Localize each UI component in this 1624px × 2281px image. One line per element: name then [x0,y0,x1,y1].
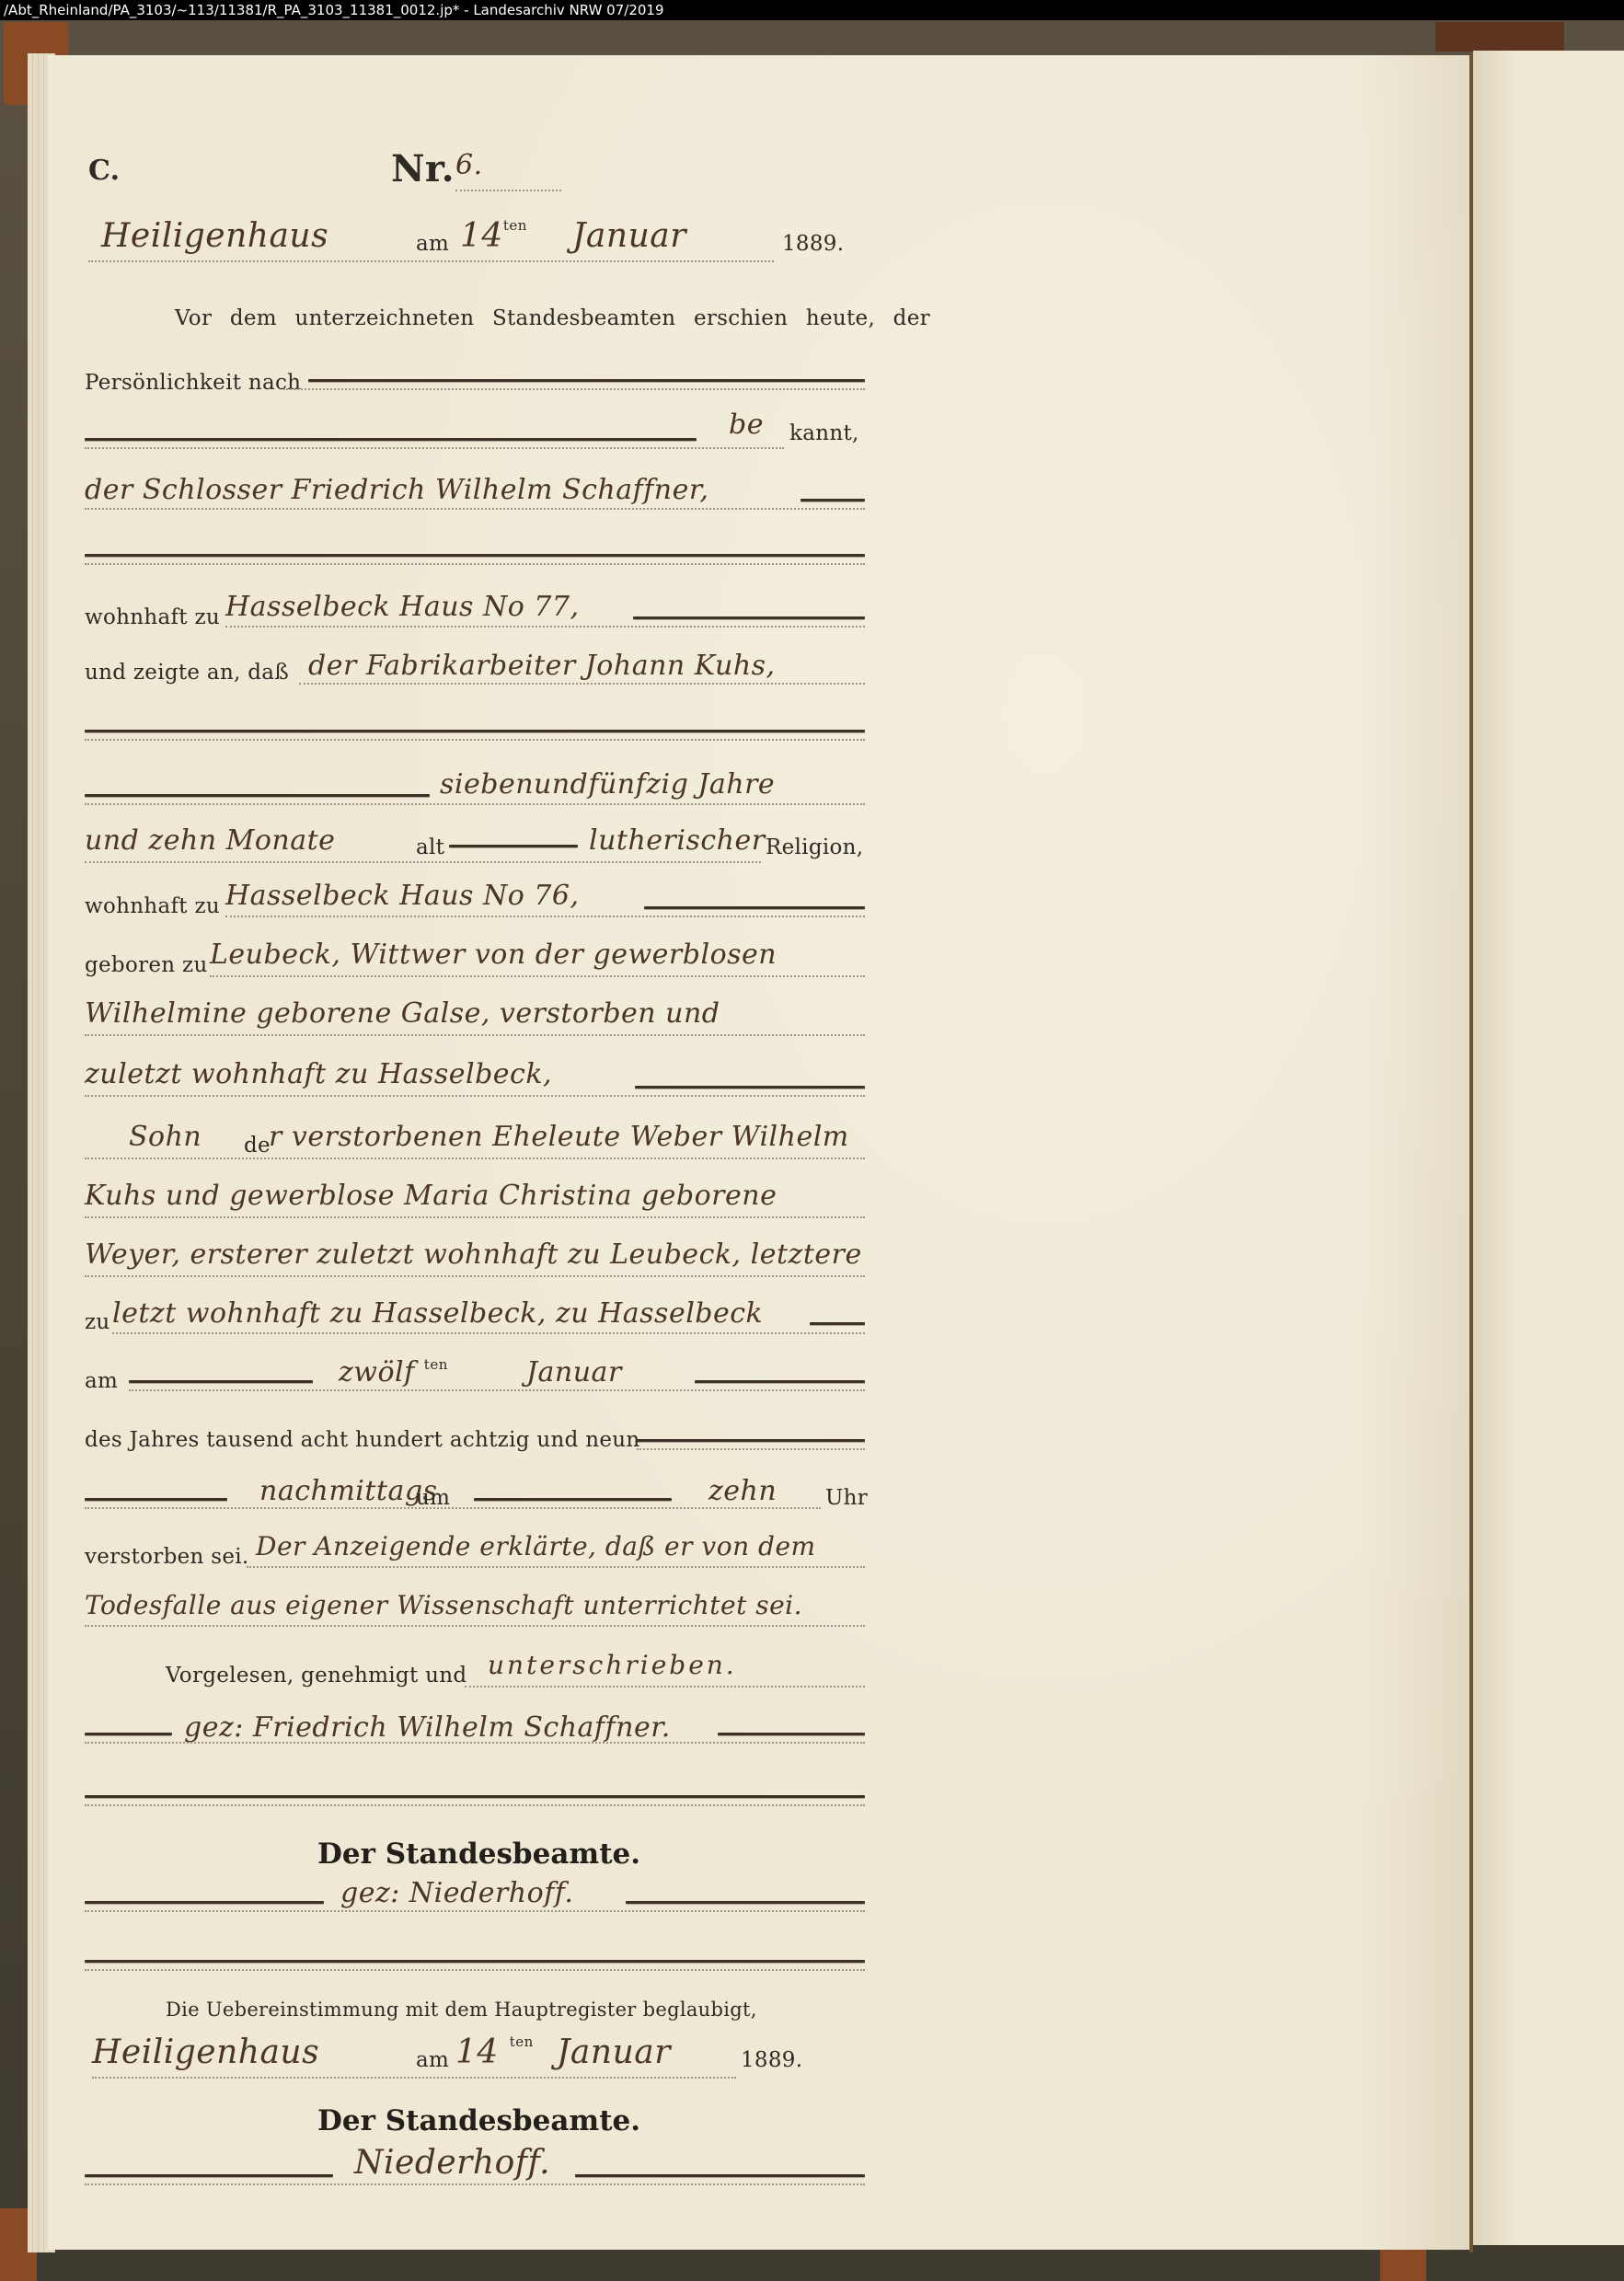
dotted-line [85,1969,865,1971]
number-dotted-line [455,190,561,191]
year-text: des Jahres tausend acht hundert achtzig … [85,1428,640,1452]
dotted-line [85,1034,865,1036]
blank-rule [85,1498,227,1501]
dotted-line [85,739,865,741]
blank-rule [85,730,865,732]
parents-line-2-handwritten: Kuhs und gewerblose Maria Christina gebo… [85,1180,777,1212]
zu-printed: zu [85,1310,110,1334]
year-printed: 1889. [782,232,844,256]
dotted-line [247,1566,865,1568]
dotted-line [225,916,865,917]
vorgelesen-handwritten: unterschrieben. [488,1650,737,1680]
dotted-line [210,975,865,977]
registrar-heading: Der Standesbeamte. [317,1837,640,1871]
blank-rule [474,1498,672,1501]
day-suffix: ten [503,217,527,234]
age-years-handwritten: siebenundfünfzig Jahre [440,768,775,801]
blank-rule [626,1901,865,1904]
hour-handwritten: zehn [708,1475,777,1507]
dotted-line [299,683,865,685]
entry-number-value: 6. [455,149,483,181]
widow-residence-handwritten: zuletzt wohnhaft zu Hasselbeck, [85,1058,552,1090]
bekannt-handwritten: be [729,409,764,441]
cert-am-label: am [416,2048,449,2072]
blank-rule [85,554,865,557]
cert-month-handwritten: Januar [557,2033,671,2071]
blank-rule [800,499,865,501]
persoenlichkeit-label: Persönlichkeit nach [85,371,301,395]
place-dotted-line [88,260,774,262]
right-page [1473,51,1624,2245]
alt-label: alt [416,835,444,859]
dotted-line [85,2183,865,2185]
age-months-handwritten: und zehn Monate [85,824,335,857]
cert-day-handwritten: 14 ten [455,2033,534,2071]
dotted-line [85,1742,865,1744]
intro-text: Vor dem unterzeichneten Standesbeamten e… [175,306,930,330]
religion-label: Religion, [766,835,863,859]
birthplace-handwritten: Leubeck, Wittwer von der gewerblosen [210,939,777,971]
dotted-line [92,2077,736,2079]
religion-handwritten: lutherischer [589,824,766,857]
blank-rule [635,1086,865,1089]
dotted-line [85,1804,865,1806]
death-day-suffix: ten [424,1356,448,1373]
dotted-line [85,861,761,863]
informant-residence-handwritten: Hasselbeck Haus No 77, [225,591,580,623]
day-value: 14 [460,217,503,255]
dotted-line [283,388,865,390]
cert-day-suffix: ten [510,2033,534,2050]
dotted-line [85,1625,865,1627]
dotted-line [85,1216,865,1218]
registrar-signature-handwritten: gez: Niederhoff. [340,1877,573,1909]
deceased-handwritten: der Fabrikarbeiter Johann Kuhs, [308,650,776,682]
blank-rule [810,1322,865,1325]
geboren-label: geboren zu [85,953,208,977]
registrar-signature-handwritten: Niederhoff. [354,2144,550,2182]
entry-number-label: Nr. [391,147,455,190]
remark-line-2-handwritten: Todesfalle aus eigener Wissenschaft unte… [85,1590,802,1620]
informant-handwritten: der Schlosser Friedrich Wilhelm Schaffne… [85,474,708,506]
dotted-line [85,1275,865,1277]
uhr-label: Uhr [825,1486,868,1510]
day-handwritten: 14ten [460,217,527,255]
parents-line-1-handwritten: r verstorbenen Eheleute Weber Wilhelm [269,1121,849,1153]
zeigte-an-label: und zeigte an, daß [85,661,289,685]
deceased-residence-handwritten: Hasselbeck Haus No 76, [225,880,580,912]
dotted-line [465,1686,865,1688]
parents-line-4-handwritten: letzt wohnhaft zu Hasselbeck, zu Hasselb… [112,1297,763,1330]
blank-rule [85,1960,865,1963]
wohnhaft-label: wohnhaft zu [85,894,220,918]
death-month-handwritten: Januar [526,1356,622,1388]
vorgelesen-label: Vorgelesen, genehmigt und [166,1664,466,1688]
cert-place-handwritten: Heiligenhaus [92,2033,319,2071]
dotted-line [637,1448,865,1450]
series-letter: C. [88,155,120,187]
blank-rule [449,845,578,847]
dotted-line [85,803,865,805]
bekannt-printed: kannt, [789,421,859,445]
informant-signature-handwritten: gez: Friedrich Wilhelm Schaffner. [184,1711,671,1744]
dotted-line [85,447,784,449]
blank-rule [575,2174,865,2177]
dotted-line [85,508,865,510]
verstorben-label: verstorben sei. [85,1545,249,1569]
month-handwritten: Januar [572,217,686,255]
blank-rule [695,1380,865,1383]
blank-rule [85,438,697,441]
dotted-line [85,563,865,565]
blank-rule [718,1733,865,1735]
place-handwritten: Heiligenhaus [101,217,328,255]
am-label: am [85,1369,118,1393]
dotted-line [129,1389,865,1391]
blank-rule [644,906,865,909]
wohnhaft-label: wohnhaft zu [85,605,220,629]
blank-rule [633,616,865,619]
dotted-line [85,1910,865,1912]
blank-rule [85,1795,865,1798]
leather-corner-top-right [1435,22,1564,52]
certification-text: Die Uebereinstimmung mit dem Hauptregist… [166,1999,757,2021]
der-printed: de [244,1134,271,1158]
sohn-handwritten: Sohn [129,1121,202,1153]
remark-line-1-handwritten: Der Anzeigende erklärte, daß er von dem [256,1531,816,1561]
blank-rule [85,1733,172,1735]
cert-year-printed: 1889. [741,2048,802,2072]
blank-rule [129,1380,313,1383]
dotted-line [85,1158,865,1159]
widow-line-handwritten: Wilhelmine geborene Galse, verstorben un… [85,997,720,1030]
blank-rule [308,379,865,382]
registrar-heading: Der Standesbeamte. [317,2104,640,2137]
time-of-day-handwritten: nachmittags [259,1475,437,1507]
cert-day-value: 14 [455,2033,499,2071]
dotted-line [85,1507,821,1509]
death-day-value: zwölf [339,1356,415,1388]
death-day-handwritten: zwölf ten [339,1356,448,1388]
dotted-line [225,626,865,628]
dotted-line [112,1332,865,1334]
death-register-entry: C. Nr. 6. Heiligenhaus am 14ten Januar 1… [0,0,920,2281]
am-label: am [416,232,449,256]
blank-rule [637,1439,865,1442]
blank-rule [85,794,430,797]
blank-rule [85,2174,333,2177]
dotted-line [85,1095,865,1097]
blank-rule [85,1901,324,1904]
parents-line-3-handwritten: Weyer, ersterer zuletzt wohnhaft zu Leub… [85,1238,862,1271]
